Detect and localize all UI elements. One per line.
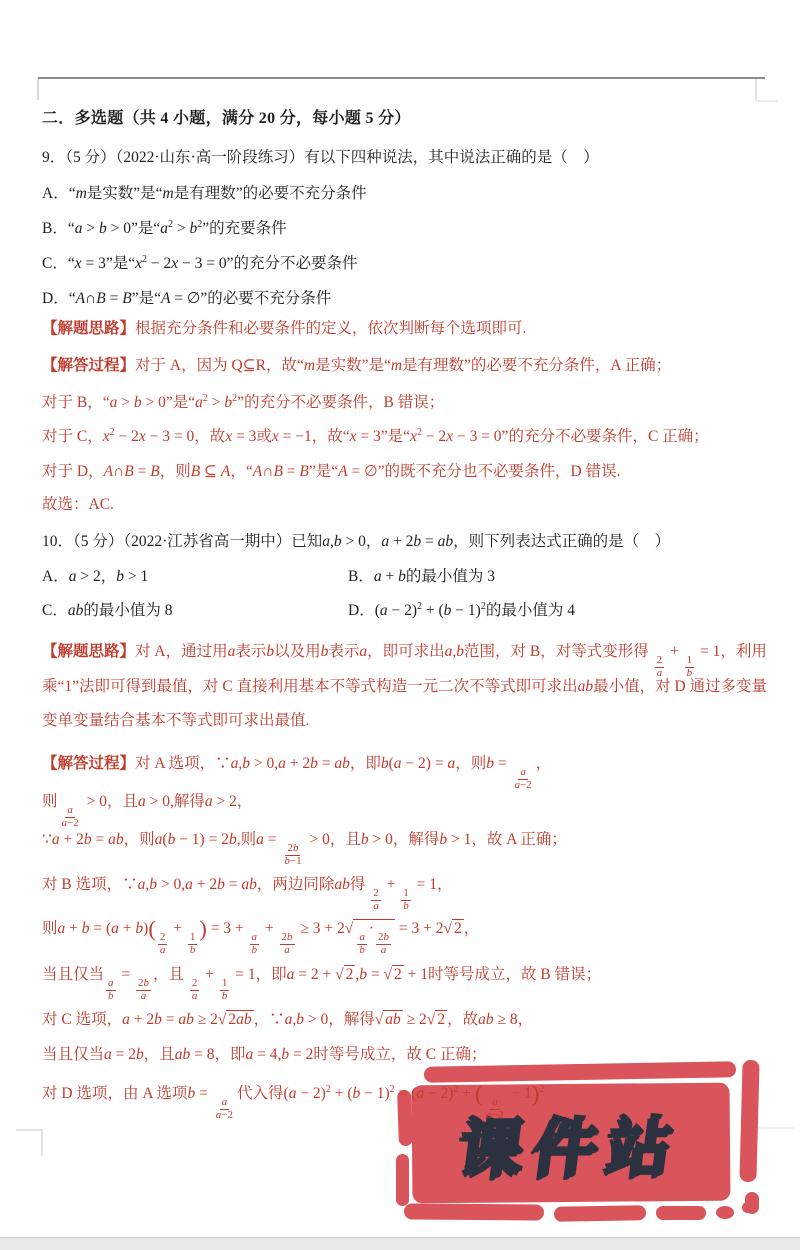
q10-solution-line-2: 则aa−2 > 0，且a > 0,解得a > 2， [42,791,252,830]
q9-option-b: B．“a > b > 0”是“a2 > b2”的充要条件 [42,218,287,240]
q10-solution-line-1: 【解答过程】对 A 选项，∵a,b > 0,a + 2b = ab，即b(a −… [42,753,551,792]
q10-analysis-line-1: 【解题思路】对 A，通过用a表示b以及用b表示a，即可求出a,b范围，对 B，对… [42,641,767,680]
stamp-border-bottom-dot-1 [716,1206,734,1219]
q9-option-d: D．“A∩B = B”是“A = ∅”的必要不充分条件 [42,288,331,310]
q9-solution-line-2: 对于 B，“a > b > 0”是“a2 > b2”的充分不必要条件，B 错误； [42,392,444,414]
q9-solution-line-4: 对于 D，A∩B = B，则B ⊆ A，“A∩B = B”是“A = ∅”的既不… [42,461,620,483]
page-top-edge [38,77,765,79]
q9-solution-line-3: 对于 C，x2 − 2x − 3 = 0，故x = 3或x = −1，故“x =… [42,426,709,448]
q10-solution-line-3: ∵a + 2b = ab，则a(b − 1) = 2b,则a = 2bb−1 >… [42,829,567,868]
q10-solution-line-6: 当且仅当ab = 2ba，且 2a + 1b = 1，即a = 2 + √2,b… [42,964,601,1003]
q10-options-row-2: C．ab的最小值为 8 D．(a − 2)2 + (b − 1)2的最小值为 4 [42,600,755,622]
margin-mark-bottom-left-h [16,1129,43,1131]
q9-solution-line-1: 【解答过程】对于 A，因为 Q⊆R，故“m是实数”是“m是有理数”的必要不充分条… [42,355,671,377]
q10-options-row-1: A．a > 2，b > 1 B．a + b的最小值为 3 [42,566,755,588]
q9-analysis: 【解题思路】根据充分条件和必要条件的定义，依次判断每个选项即可. [42,318,526,340]
q10-stem: 10．（5 分）（2022·江苏省高一期中）已知a,b > 0，a + 2b =… [42,531,670,553]
q9-option-a: A．“m是实数”是“m是有理数”的必要不充分条件 [42,183,367,205]
margin-mark-top-right-v [755,79,757,101]
q10-solution-line-8: 当且仅当a = 2b，且ab = 8，即a = 4,b = 2时等号成立，故 C… [42,1044,487,1066]
stamp-border-bottom-dot-2 [742,1202,753,1213]
q10-option-c: C．ab的最小值为 8 [42,602,172,619]
stamp-border-bottom-3 [656,1206,706,1220]
margin-mark-bottom-left-v [41,1129,43,1156]
q10-option-d: D．(a − 2)2 + (b − 1)2的最小值为 4 [348,600,575,622]
q9-answer: 故选：AC. [42,494,114,516]
q10-analysis-line-3: 变单变量结合基本不等式即可求出最值. [42,710,309,732]
q10-solution-line-9: 对 D 选项，由 A 选项b = aa−2代入得(a − 2)2 + (b − … [42,1083,544,1122]
margin-mark-top-left [37,79,39,100]
stamp-border-right [739,1060,759,1182]
q10-option-b: B．a + b的最小值为 3 [348,566,495,588]
q10-solution-line-4: 对 B 选项，∵a,b > 0,a + 2b = ab，两边同除ab得 2a +… [42,874,453,913]
q10-solution-line-5: 则a + b = (a + b)(2a + 1b) = 3 + ab + 2ba… [42,918,479,957]
q10-solution-line-7: 对 C 选项，a + 2b = ab ≥ 2√2ab，∵a,b > 0，解得√a… [42,1009,533,1031]
document-page: 课件站 二．多选题（共 4 小题，满分 20 分，每小题 5 分） 9．（5 分… [0,0,800,1250]
q10-analysis-line-2: 乘“1”法即可得到最值，对 C 直接利用基本不等式构造一元二次不等式即可求出ab… [42,676,767,698]
stamp-border-bottom-1 [404,1203,544,1220]
q9-option-c: C．“x = 3”是“x2 − 2x − 3 = 0”的充分不必要条件 [42,253,358,275]
stamp-border-bottom-2 [554,1205,646,1222]
section-header: 二．多选题（共 4 小题，满分 20 分，每小题 5 分） [42,107,411,130]
q10-option-a: A．a > 2，b > 1 [42,568,148,585]
q9-stem: 9．（5 分）（2022·山东·高一阶段练习）有以下四种说法，其中说法正确的是（… [42,147,599,169]
margin-mark-top-right-h [756,100,778,102]
